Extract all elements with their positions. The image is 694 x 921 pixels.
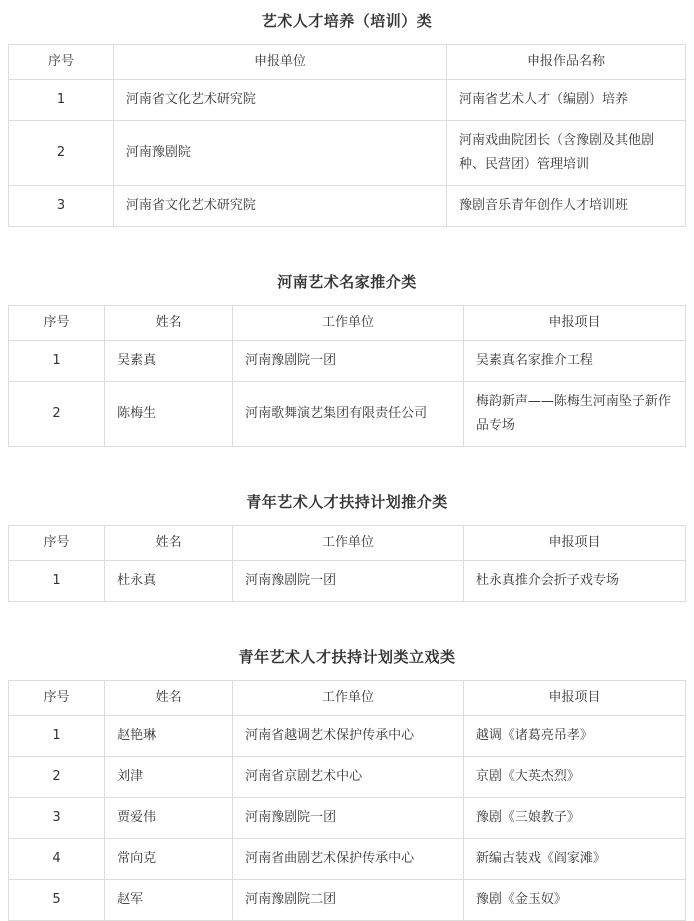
column-header: 申报单位	[113, 45, 446, 80]
table-row: 5赵军河南豫剧院二团豫剧《金玉奴》	[9, 880, 686, 921]
table-section: 青年艺术人才扶持计划类立戏类序号姓名工作单位申报项目1赵艳琳河南省越调艺术保护传…	[8, 602, 686, 921]
table-cell: 吴素真名家推介工程	[463, 341, 685, 382]
row-number-cell: 2	[9, 757, 105, 798]
table-cell: 常向克	[105, 839, 233, 880]
table-header-row: 序号姓名工作单位申报项目	[9, 306, 686, 341]
row-number-cell: 2	[9, 382, 105, 447]
table-cell: 河南省越调艺术保护传承中心	[233, 716, 464, 757]
column-header: 序号	[9, 526, 105, 561]
table-cell: 河南省艺术人才（编剧）培养	[447, 80, 686, 121]
table-cell: 河南省文化艺术研究院	[113, 186, 446, 227]
table-cell: 梅韵新声——陈梅生河南坠子新作品专场	[463, 382, 685, 447]
row-number-cell: 1	[9, 80, 114, 121]
column-header: 申报作品名称	[447, 45, 686, 80]
column-header: 序号	[9, 306, 105, 341]
table-cell: 刘津	[105, 757, 233, 798]
column-header: 序号	[9, 45, 114, 80]
table-cell: 杜永真	[105, 561, 233, 602]
table-cell: 河南豫剧院一团	[233, 561, 464, 602]
table-row: 2陈梅生河南歌舞演艺集团有限责任公司梅韵新声——陈梅生河南坠子新作品专场	[9, 382, 686, 447]
row-number-cell: 1	[9, 341, 105, 382]
table-row: 3河南省文化艺术研究院豫剧音乐青年创作人才培训班	[9, 186, 686, 227]
section-title: 河南艺术名家推介类	[8, 227, 686, 305]
row-number-cell: 1	[9, 561, 105, 602]
column-header: 申报项目	[463, 526, 685, 561]
data-table: 序号姓名工作单位申报项目1赵艳琳河南省越调艺术保护传承中心越调《诸葛亮吊孝》2刘…	[8, 680, 686, 921]
row-number-cell: 4	[9, 839, 105, 880]
table-cell: 豫剧《金玉奴》	[463, 880, 685, 921]
row-number-cell: 2	[9, 121, 114, 186]
table-header-row: 序号姓名工作单位申报项目	[9, 526, 686, 561]
column-header: 姓名	[105, 526, 233, 561]
column-header: 序号	[9, 681, 105, 716]
table-cell: 豫剧音乐青年创作人才培训班	[447, 186, 686, 227]
column-header: 工作单位	[233, 681, 464, 716]
row-number-cell: 1	[9, 716, 105, 757]
table-cell: 杜永真推介会折子戏专场	[463, 561, 685, 602]
section-title: 艺术人才培养（培训）类	[8, 2, 686, 44]
table-cell: 豫剧《三娘教子》	[463, 798, 685, 839]
row-number-cell: 3	[9, 798, 105, 839]
table-header-row: 序号申报单位申报作品名称	[9, 45, 686, 80]
table-cell: 河南豫剧院一团	[233, 341, 464, 382]
table-section: 青年艺术人才扶持计划推介类序号姓名工作单位申报项目1杜永真河南豫剧院一团杜永真推…	[8, 447, 686, 602]
table-header-row: 序号姓名工作单位申报项目	[9, 681, 686, 716]
table-row: 1赵艳琳河南省越调艺术保护传承中心越调《诸葛亮吊孝》	[9, 716, 686, 757]
table-row: 2河南豫剧院河南戏曲院团长（含豫剧及其他剧种、民营团）管理培训	[9, 121, 686, 186]
section-title: 青年艺术人才扶持计划推介类	[8, 447, 686, 525]
table-cell: 陈梅生	[105, 382, 233, 447]
table-cell: 贾爱伟	[105, 798, 233, 839]
table-row: 4常向克河南省曲剧艺术保护传承中心新编古装戏《阎家滩》	[9, 839, 686, 880]
document-body: 艺术人才培养（培训）类序号申报单位申报作品名称1河南省文化艺术研究院河南省艺术人…	[8, 2, 686, 921]
data-table: 序号姓名工作单位申报项目1杜永真河南豫剧院一团杜永真推介会折子戏专场	[8, 525, 686, 602]
section-title: 青年艺术人才扶持计划类立戏类	[8, 602, 686, 680]
table-row: 1吴素真河南豫剧院一团吴素真名家推介工程	[9, 341, 686, 382]
table-section: 河南艺术名家推介类序号姓名工作单位申报项目1吴素真河南豫剧院一团吴素真名家推介工…	[8, 227, 686, 447]
table-cell: 河南豫剧院	[113, 121, 446, 186]
column-header: 工作单位	[233, 526, 464, 561]
table-row: 2刘津河南省京剧艺术中心京剧《大英杰烈》	[9, 757, 686, 798]
table-row: 3贾爱伟河南豫剧院一团豫剧《三娘教子》	[9, 798, 686, 839]
table-cell: 越调《诸葛亮吊孝》	[463, 716, 685, 757]
table-cell: 新编古装戏《阎家滩》	[463, 839, 685, 880]
column-header: 工作单位	[233, 306, 464, 341]
row-number-cell: 5	[9, 880, 105, 921]
table-cell: 吴素真	[105, 341, 233, 382]
table-cell: 赵艳琳	[105, 716, 233, 757]
table-cell: 河南省京剧艺术中心	[233, 757, 464, 798]
table-row: 1杜永真河南豫剧院一团杜永真推介会折子戏专场	[9, 561, 686, 602]
data-table: 序号姓名工作单位申报项目1吴素真河南豫剧院一团吴素真名家推介工程2陈梅生河南歌舞…	[8, 305, 686, 447]
data-table: 序号申报单位申报作品名称1河南省文化艺术研究院河南省艺术人才（编剧）培养2河南豫…	[8, 44, 686, 227]
table-cell: 河南豫剧院二团	[233, 880, 464, 921]
table-cell: 河南省曲剧艺术保护传承中心	[233, 839, 464, 880]
table-row: 1河南省文化艺术研究院河南省艺术人才（编剧）培养	[9, 80, 686, 121]
table-cell: 京剧《大英杰烈》	[463, 757, 685, 798]
column-header: 姓名	[105, 306, 233, 341]
column-header: 申报项目	[463, 681, 685, 716]
table-cell: 赵军	[105, 880, 233, 921]
column-header: 姓名	[105, 681, 233, 716]
table-section: 艺术人才培养（培训）类序号申报单位申报作品名称1河南省文化艺术研究院河南省艺术人…	[8, 2, 686, 227]
table-cell: 河南歌舞演艺集团有限责任公司	[233, 382, 464, 447]
table-cell: 河南豫剧院一团	[233, 798, 464, 839]
column-header: 申报项目	[463, 306, 685, 341]
row-number-cell: 3	[9, 186, 114, 227]
table-cell: 河南戏曲院团长（含豫剧及其他剧种、民营团）管理培训	[447, 121, 686, 186]
table-cell: 河南省文化艺术研究院	[113, 80, 446, 121]
